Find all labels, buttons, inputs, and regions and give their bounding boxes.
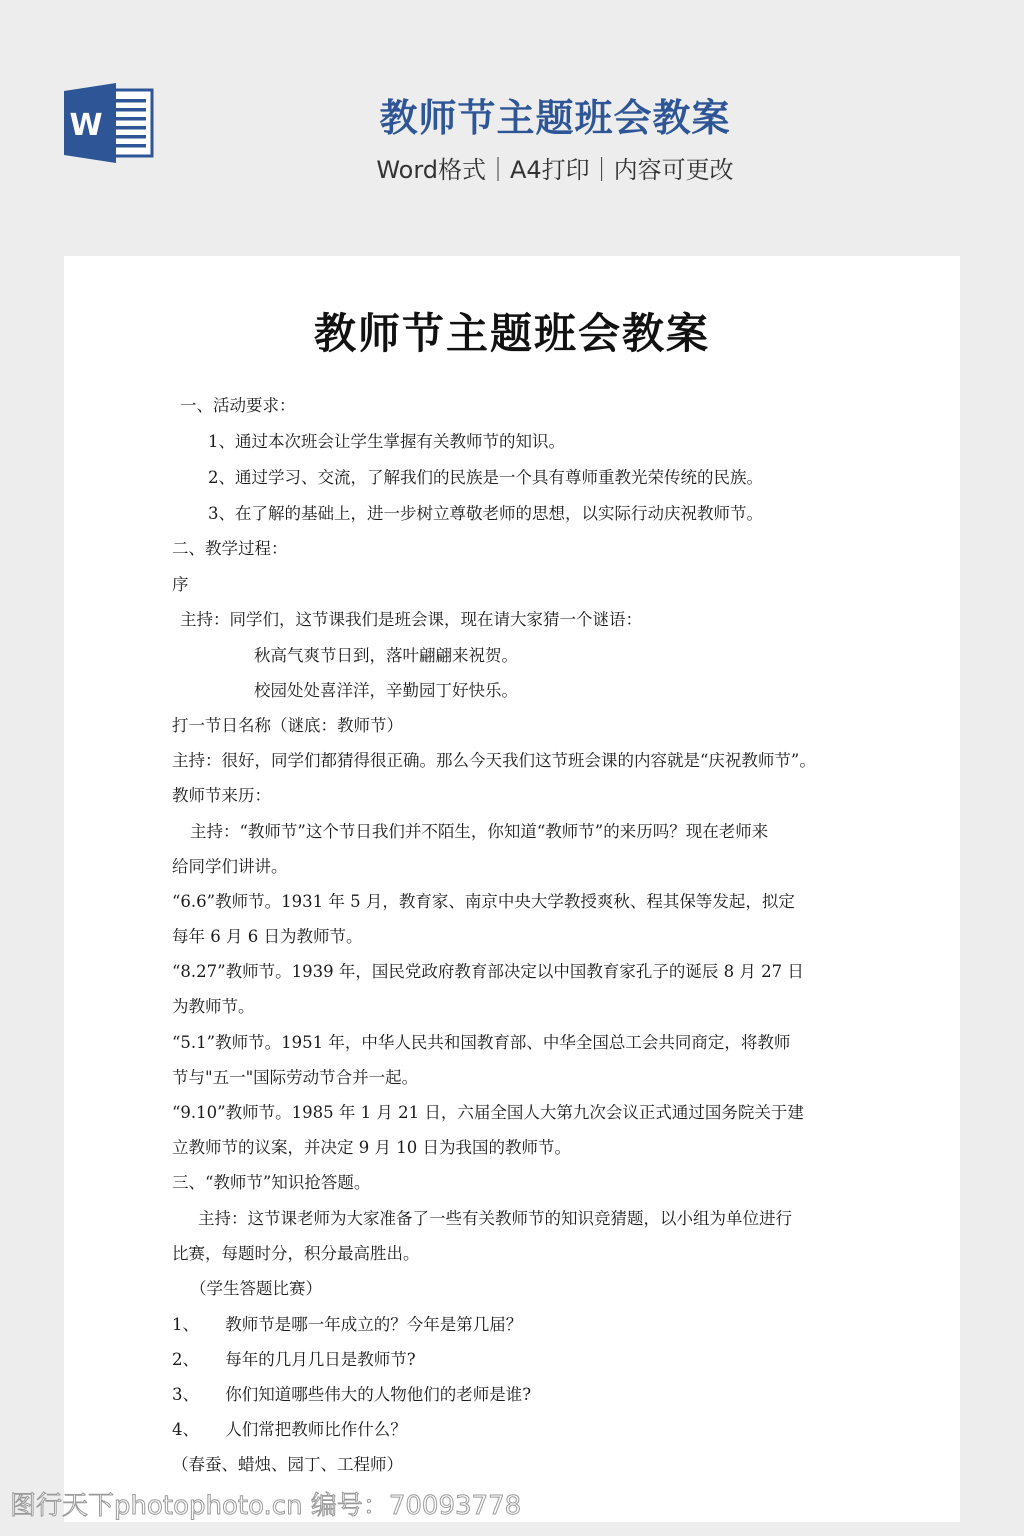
banner-subtitle: Word格式｜A4打印｜内容可更改 xyxy=(300,152,810,188)
document-line: （学生答题比赛） xyxy=(190,1277,322,1301)
document-line: 3、 你们知道哪些伟大的人物他们的老师是谁? xyxy=(172,1383,531,1407)
document-line: 主持：“教师节”这个节日我们并不陌生，你知道“教师节”的来历吗？现在老师来 xyxy=(190,820,768,844)
document-line: 校园处处喜洋洋，辛勤园丁好快乐。 xyxy=(254,679,518,703)
document-line: 序 xyxy=(172,573,189,597)
document-page: 教师节主题班会教案 一、活动要求：1、通过本次班会让学生掌握有关教师节的知识。2… xyxy=(64,256,960,1522)
document-line: 秋高气爽节日到，落叶翩翩来祝贺。 xyxy=(254,644,518,668)
document-line: 2、 每年的几月几日是教师节? xyxy=(172,1348,416,1372)
document-line: “6.6”教师节。1931 年 5 月，教育家、南京中央大学教授爽秋、程其保等发… xyxy=(172,890,795,914)
document-line: 为教师节。 xyxy=(172,995,255,1019)
document-line: （春蚕、蜡烛、园丁、工程师） xyxy=(172,1453,403,1477)
document-line: 主持：这节课老师为大家准备了一些有关教师节的知识竞猜题，以小组为单位进行 xyxy=(198,1207,792,1231)
document-line: 比赛，每题时分，积分最高胜出。 xyxy=(172,1242,420,1266)
svg-text:W: W xyxy=(69,108,102,143)
banner-header: W 教师节主题班会教案 Word格式｜A4打印｜内容可更改 xyxy=(0,0,1024,256)
document-line: 每年 6 月 6 日为教师节。 xyxy=(172,925,362,949)
document-line: 二、教学过程： xyxy=(172,537,288,561)
document-line: 2、通过学习、交流，了解我们的民族是一个具有尊师重教光荣传统的民族。 xyxy=(208,466,763,490)
document-line: 3、在了解的基础上，进一步树立尊敬老师的思想，以实际行动庆祝教师节。 xyxy=(208,502,763,526)
document-line: 立教师节的议案，并决定 9 月 10 日为我国的教师节。 xyxy=(172,1136,571,1160)
document-line: 打一节日名称（谜底：教师节） xyxy=(172,714,403,738)
document-line: 三、“教师节”知识抢答题。 xyxy=(172,1171,370,1195)
banner-title: 教师节主题班会教案 xyxy=(300,94,810,142)
document-line: 4、 人们常把教师比作什么？ xyxy=(172,1418,407,1442)
document-line: “8.27”教师节。1939 年，国民党政府教育部决定以中国教育家孔子的诞辰 8… xyxy=(172,960,804,984)
document-line: “9.10”教师节。1985 年 1 月 21 日，六届全国人大第九次会议正式通… xyxy=(172,1101,804,1125)
document-line: 一、活动要求： xyxy=(180,394,296,418)
watermark: 图行天下photophoto.cn 编号：70093778 xyxy=(10,1490,521,1522)
document-line: 主持：很好，同学们都猜得很正确。那么今天我们这节班会课的内容就是“庆祝教师节”。 xyxy=(172,749,816,773)
document-line: “5.1”教师节。1951 年，中华人民共和国教育部、中华全国总工会共同商定，将… xyxy=(172,1031,790,1055)
document-line: 1、 教师节是哪一年成立的？今年是第几届？ xyxy=(172,1313,522,1337)
document-line: 主持：同学们，这节课我们是班会课，现在请大家猜一个谜语： xyxy=(180,608,642,632)
document-line: 1、通过本次班会让学生掌握有关教师节的知识。 xyxy=(208,430,565,454)
document-line: 节与"五一"国际劳动节合并一起。 xyxy=(172,1066,418,1090)
document-line: 给同学们讲讲。 xyxy=(172,855,288,879)
word-document-icon: W xyxy=(64,81,156,165)
document-line: 教师节来历： xyxy=(172,784,271,808)
document-title: 教师节主题班会教案 xyxy=(64,306,960,362)
